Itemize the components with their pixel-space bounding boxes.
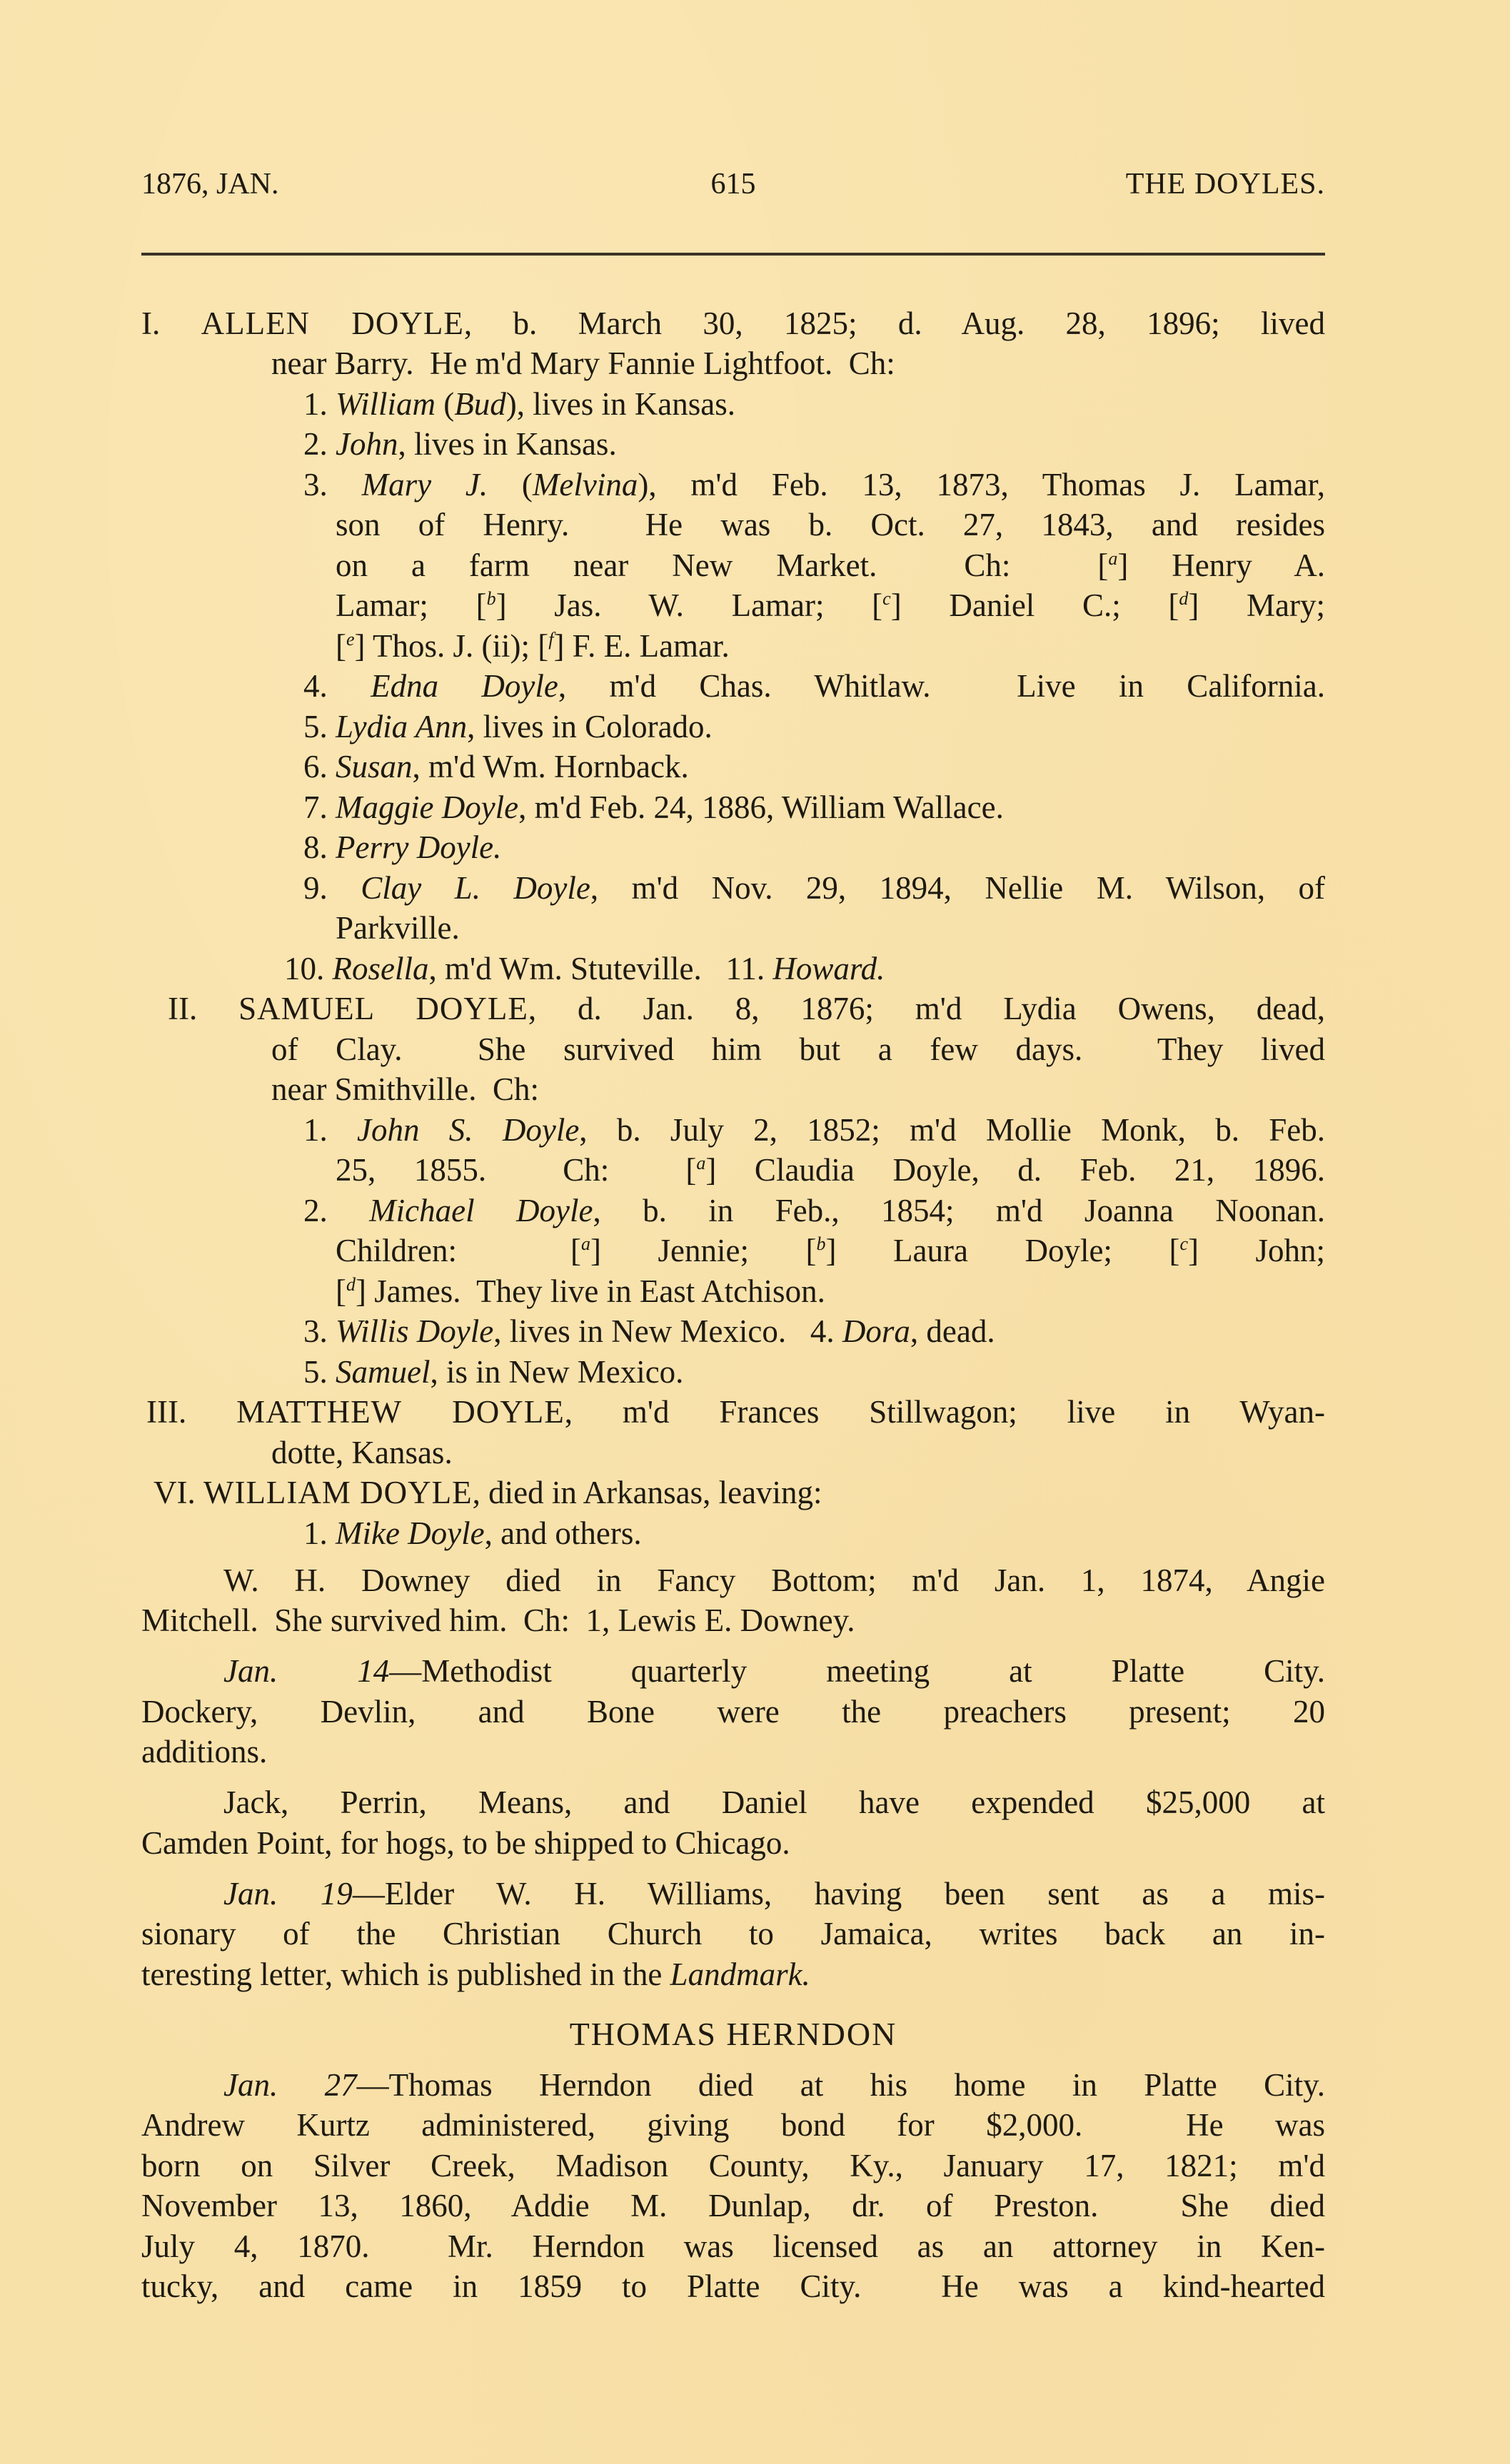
italic-name: Bud: [454, 386, 506, 422]
footnote-letter: d: [1179, 588, 1188, 609]
text-run: II.: [168, 991, 238, 1026]
text-run: Children: [: [336, 1233, 581, 1268]
text-line: III. MATTHEW DOYLE, m'd Frances Stillwag…: [146, 1392, 1325, 1432]
italic-name: Willis Doyle: [336, 1313, 493, 1349]
text-line: W. H. Downey died in Fancy Bottom; m'd J…: [223, 1560, 1325, 1600]
text-line: 1. William (Bud), lives in Kansas.: [303, 384, 946, 424]
text-run: Jack, Perrin, Means, and Daniel have exp…: [223, 1784, 1325, 1820]
text-line: dotte, Kansas.: [271, 1433, 557, 1473]
text-run: [: [336, 628, 346, 664]
text-run: 25, 1855. Ch: [: [336, 1152, 696, 1188]
text-run: teresting letter, which is published in …: [141, 1956, 670, 1992]
text-run: 9.: [303, 870, 361, 906]
italic-name: Michael Doyle: [369, 1193, 593, 1228]
text-run: ] F. E. Lamar.: [553, 628, 729, 664]
text-line: I. ALLEN DOYLE, b. March 30, 1825; d. Au…: [141, 303, 1325, 343]
footnote-letter: c: [882, 588, 891, 609]
text-line: 25, 1855. Ch: [a] Claudia Doyle, d. Feb.…: [336, 1150, 1325, 1190]
text-run: ] Jennie; [: [590, 1233, 816, 1268]
text-line: Camden Point, for hogs, to be shipped to…: [141, 1823, 1069, 1863]
header-rule: [141, 253, 1325, 256]
text-run: 5.: [303, 1354, 336, 1390]
text-line: teresting letter, which is published in …: [141, 1954, 1141, 1994]
italic-name: William: [336, 386, 436, 422]
text-run: , and others.: [485, 1515, 642, 1551]
text-run: —Elder W. H. Williams, having been sent …: [353, 1876, 1325, 1912]
text-line: Parkville.: [336, 908, 621, 948]
text-line: II. SAMUEL DOYLE, d. Jan. 8, 1876; m'd L…: [168, 989, 1325, 1029]
text-run: , m'd Chas. Whitlaw. Live in California.: [558, 668, 1325, 704]
person-name-caps: MATTHEW DOYLE: [236, 1394, 565, 1430]
italic-name: Mary J.: [362, 467, 488, 503]
text-run: tucky, and came in 1859 to Platte City. …: [141, 2268, 1325, 2304]
text-run: , dead.: [910, 1313, 995, 1349]
text-run: of Clay. She survived him but a few days…: [271, 1031, 1325, 1067]
text-line: born on Silver Creek, Madison County, Ky…: [141, 2146, 1325, 2186]
text-line: 6. Susan, m'd Wm. Hornback.: [303, 747, 875, 787]
italic-name: Jan. 27: [223, 2067, 357, 2103]
text-line: 5. Samuel, is in New Mexico.: [303, 1352, 875, 1392]
text-run: ] James. They live in East Atchison.: [356, 1273, 825, 1309]
text-line: Jan. 19—Elder W. H. Williams, having bee…: [223, 1874, 1325, 1914]
text-run: ), m'd Feb. 13, 1873, Thomas J. Lamar,: [638, 467, 1325, 503]
text-run: ] Daniel C.; [: [891, 587, 1179, 623]
text-run: ] Laura Doyle; [: [826, 1233, 1180, 1268]
text-line: Jan. 27—Thomas Herndon died at his home …: [223, 2065, 1325, 2105]
text-run: 6.: [303, 749, 336, 784]
text-run: ] John;: [1188, 1233, 1325, 1268]
italic-name: John S. Doyle: [357, 1112, 579, 1148]
text-run: [: [336, 1273, 346, 1309]
text-run: July 4, 1870. Mr. Herndon was licensed a…: [141, 2228, 1325, 2264]
text-run: 3.: [303, 1313, 336, 1349]
text-line: Jan. 14—Methodist quarterly meeting at P…: [223, 1651, 1325, 1691]
text-run: ] Claudia Doyle, d. Feb. 21, 1896.: [705, 1152, 1325, 1188]
person-name-caps: WILLIAM DOYLE: [203, 1475, 473, 1510]
text-line: Children: [a] Jennie; [b] Laura Doyle; […: [336, 1231, 1325, 1271]
text-line: VI. WILLIAM DOYLE, died in Arkansas, lea…: [153, 1473, 1082, 1513]
text-run: (: [436, 386, 454, 422]
text-run: 1.: [303, 1515, 336, 1551]
italic-name: Dora: [842, 1313, 910, 1349]
italic-name: Mike Doyle: [336, 1515, 485, 1551]
italic-name: Landmark.: [670, 1956, 810, 1992]
text-run: 5.: [303, 709, 336, 744]
text-line: near Smithville. Ch:: [271, 1069, 771, 1109]
text-line: 2. John, lives in Kansas.: [303, 424, 803, 464]
text-run: VI.: [153, 1475, 203, 1510]
text-run: (: [488, 467, 533, 503]
text-run: , b. in Feb., 1854; m'd Joanna Noonan.: [593, 1193, 1325, 1228]
italic-name: Clay L. Doyle: [361, 870, 590, 906]
running-head: 1876, JAN. 615 THE DOYLES.: [141, 163, 1325, 206]
text-line: 7. Maggie Doyle, m'd Feb. 24, 1886, Will…: [303, 787, 1267, 827]
text-run: ), lives in Kansas.: [506, 386, 735, 422]
text-run: 2.: [303, 1193, 369, 1228]
text-run: ] Mary;: [1188, 587, 1325, 623]
text-line: 1. John S. Doyle, b. July 2, 1852; m'd M…: [303, 1110, 1325, 1150]
italic-name: John: [336, 426, 398, 462]
text-run: near Barry. He m'd Mary Fannie Lightfoot…: [271, 345, 895, 381]
text-run: ] Henry A.: [1117, 547, 1325, 583]
text-line: 8. Perry Doyle.: [303, 827, 660, 867]
person-name-caps: ALLEN DOYLE: [201, 306, 464, 341]
text-run: 1.: [303, 386, 336, 422]
text-run: Lamar; [: [336, 587, 487, 623]
text-run: 10.: [284, 951, 333, 986]
italic-name: Jan. 19: [223, 1876, 353, 1912]
text-line: 4. Edna Doyle, m'd Chas. Whitlaw. Live i…: [303, 666, 1325, 706]
text-line: 5. Lydia Ann, lives in Colorado.: [303, 707, 875, 747]
text-line: 9. Clay L. Doyle, m'd Nov. 29, 1894, Nel…: [303, 868, 1325, 908]
italic-name: Perry Doyle.: [336, 829, 501, 865]
text-line: 3. Mary J. (Melvina), m'd Feb. 13, 1873,…: [303, 465, 1325, 505]
text-run: additions.: [141, 1734, 267, 1769]
text-run: 1.: [303, 1112, 357, 1148]
text-run: , lives in Colorado.: [467, 709, 713, 744]
text-run: 3.: [303, 467, 362, 503]
text-run: I.: [141, 306, 201, 341]
italic-name: Lydia Ann: [336, 709, 467, 744]
text-run: , m'd Wm. Hornback.: [413, 749, 689, 784]
footnote-letter: b: [817, 1233, 826, 1254]
text-run: ] Jas. W. Lamar; [: [496, 587, 883, 623]
italic-name: Maggie Doyle: [336, 789, 518, 825]
person-name-caps: SAMUEL DOYLE: [238, 991, 528, 1026]
text-line: additions.: [141, 1732, 356, 1772]
footnote-letter: b: [487, 588, 496, 609]
text-run: , m'd Feb. 24, 1886, William Wallace.: [518, 789, 1004, 825]
text-run: near Smithville. Ch:: [271, 1071, 539, 1107]
footnote-letter: e: [346, 629, 355, 650]
text-run: , died in Arkansas, leaving:: [473, 1475, 822, 1510]
text-line: 1. Mike Doyle, and others.: [303, 1513, 803, 1553]
footnote-letter: d: [346, 1274, 356, 1295]
text-line: [e] Thos. J. (ii); [f] F. E. Lamar.: [336, 626, 907, 666]
text-run: III.: [146, 1394, 236, 1430]
text-run: November 13, 1860, Addie M. Dunlap, dr. …: [141, 2188, 1325, 2223]
text-run: , m'd Frances Stillwagon; live in Wyan-: [565, 1394, 1325, 1430]
text-run: Parkville.: [336, 910, 460, 946]
text-run: 7.: [303, 789, 336, 825]
footnote-letter: c: [1179, 1233, 1188, 1254]
text-run: , lives in New Mexico. 4.: [493, 1313, 842, 1349]
text-run: , d. Jan. 8, 1876; m'd Lydia Owens, dead…: [528, 991, 1325, 1026]
text-run: W. H. Downey died in Fancy Bottom; m'd J…: [223, 1562, 1325, 1598]
italic-name: Edna Doyle: [371, 668, 558, 704]
text-line: 10. Rosella, m'd Wm. Stuteville. 11. How…: [284, 949, 1141, 989]
text-line: 3. Willis Doyle, lives in New Mexico. 4.…: [303, 1311, 1267, 1351]
italic-name: Howard.: [772, 951, 885, 986]
text-line: [d] James. They live in East Atchison.: [336, 1271, 1050, 1311]
footnote-letter: a: [696, 1153, 705, 1173]
text-run: , b. March 30, 1825; d. Aug. 28, 1896; l…: [464, 306, 1325, 341]
text-run: son of Henry. He was b. Oct. 27, 1843, a…: [336, 507, 1325, 542]
text-run: Mitchell. She survived him. Ch: 1, Lewis…: [141, 1602, 855, 1638]
text-run: , m'd Nov. 29, 1894, Nellie M. Wilson, o…: [590, 870, 1325, 906]
text-run: , b. July 2, 1852; m'd Mollie Monk, b. F…: [579, 1112, 1325, 1148]
text-run: 2.: [303, 426, 336, 462]
text-line: near Barry. He m'd Mary Fannie Lightfoot…: [271, 343, 1325, 383]
text-line: Dockery, Devlin, and Bone were the preac…: [141, 1692, 1325, 1732]
text-line: Mitchell. She survived him. Ch: 1, Lewis…: [141, 1600, 1141, 1640]
text-run: —Methodist quarterly meeting at Platte C…: [389, 1653, 1325, 1689]
text-line: son of Henry. He was b. Oct. 27, 1843, a…: [336, 505, 1325, 545]
text-run: 4.: [303, 668, 371, 704]
section-title-thomas-herndon: THOMAS HERNDON: [141, 2013, 1325, 2056]
text-line: Lamar; [b] Jas. W. Lamar; [c] Daniel C.;…: [336, 585, 1325, 625]
text-run: 8.: [303, 829, 336, 865]
text-run: born on Silver Creek, Madison County, Ky…: [141, 2148, 1325, 2183]
text-run: Camden Point, for hogs, to be shipped to…: [141, 1825, 790, 1861]
text-line: 2. Michael Doyle, b. in Feb., 1854; m'd …: [303, 1191, 1325, 1231]
text-run: —Thomas Herndon died at his home in Plat…: [357, 2067, 1325, 2103]
italic-name: Susan: [336, 749, 413, 784]
text-line: Jack, Perrin, Means, and Daniel have exp…: [223, 1782, 1325, 1822]
text-line: July 4, 1870. Mr. Herndon was licensed a…: [141, 2226, 1325, 2266]
footnote-letter: a: [581, 1233, 590, 1254]
text-line: sionary of the Christian Church to Jamai…: [141, 1914, 1325, 1954]
text-run: , lives in Kansas.: [398, 426, 616, 462]
italic-name: Rosella: [333, 951, 429, 986]
text-run: ] Thos. J. (ii); [: [355, 628, 549, 664]
italic-name: Samuel: [336, 1354, 430, 1390]
text-line: of Clay. She survived him but a few days…: [271, 1029, 1325, 1069]
text-run: sionary of the Christian Church to Jamai…: [141, 1916, 1325, 1951]
italic-name: Jan. 14: [223, 1653, 389, 1689]
italic-name: Melvina: [533, 467, 638, 503]
text-run: Andrew Kurtz administered, giving bond f…: [141, 2107, 1325, 2143]
text-run: dotte, Kansas.: [271, 1435, 453, 1470]
text-run: , is in New Mexico.: [430, 1354, 683, 1390]
text-line: November 13, 1860, Addie M. Dunlap, dr. …: [141, 2186, 1325, 2226]
text-line: on a farm near New Market. Ch: [a] Henry…: [336, 545, 1325, 585]
running-head-title: THE DOYLES.: [1126, 163, 1325, 206]
text-run: , m'd Wm. Stuteville. 11.: [428, 951, 772, 986]
text-run: Dockery, Devlin, and Bone were the preac…: [141, 1694, 1325, 1730]
text-line: tucky, and came in 1859 to Platte City. …: [141, 2266, 1325, 2306]
text-line: Andrew Kurtz administered, giving bond f…: [141, 2105, 1325, 2145]
text-run: on a farm near New Market. Ch: [: [336, 547, 1108, 583]
footnote-letter: a: [1108, 548, 1117, 569]
